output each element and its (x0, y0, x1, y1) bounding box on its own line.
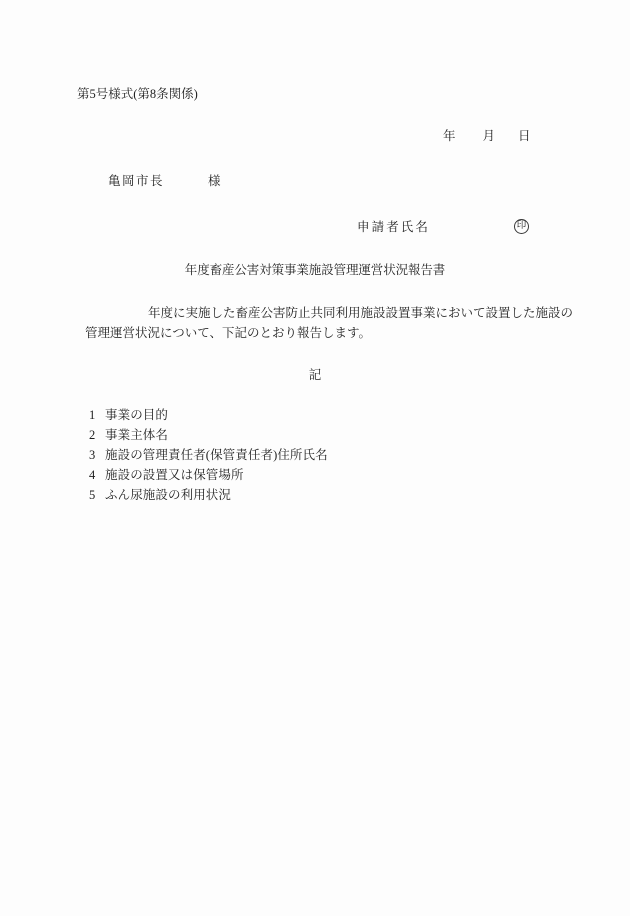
applicant-line: 申請者氏名 印 (357, 220, 529, 234)
item-number: 5 (89, 489, 105, 502)
document-page: 第5号様式(第8条関係) 年 月 日 亀岡市長 様 申請者氏名 印 年度畜産公害… (0, 0, 630, 916)
item-number: 1 (89, 409, 105, 422)
list-item: 5 ふん尿施設の利用状況 (89, 485, 328, 505)
month-label: 月 (483, 130, 496, 143)
item-label: 施設の管理責任者(保管責任者)住所氏名 (105, 449, 328, 462)
item-label: 施設の設置又は保管場所 (105, 469, 244, 482)
item-label: 事業主体名 (105, 429, 168, 442)
day-label: 日 (518, 130, 531, 143)
form-number-label: 第5号様式(第8条関係) (77, 88, 198, 101)
item-label: ふん尿施設の利用状況 (105, 489, 231, 502)
list-item: 2 事業主体名 (89, 425, 328, 445)
addressee-name: 亀岡市長 (108, 175, 164, 188)
item-label: 事業の目的 (105, 409, 168, 422)
list-item: 1 事業の目的 (89, 405, 328, 425)
document-title: 年度畜産公害対策事業施設管理運営状況報告書 (0, 264, 630, 277)
item-number: 4 (89, 469, 105, 482)
list-item: 4 施設の設置又は保管場所 (89, 465, 328, 485)
record-heading: 記 (0, 369, 630, 382)
item-number: 2 (89, 429, 105, 442)
list-item: 3 施設の管理責任者(保管責任者)住所氏名 (89, 445, 328, 465)
addressee-line: 亀岡市長 様 (108, 175, 222, 188)
body-paragraph-line-1: 年度に実施した畜産公害防止共同利用施設設置事業において設置した施設の (148, 307, 573, 320)
year-label: 年 (443, 130, 456, 143)
items-list: 1 事業の目的 2 事業主体名 3 施設の管理責任者(保管責任者)住所氏名 4 … (89, 405, 328, 505)
addressee-honorific: 様 (208, 175, 222, 188)
seal-character: 印 (517, 222, 527, 232)
date-line: 年 月 日 (443, 130, 531, 143)
item-number: 3 (89, 449, 105, 462)
body-paragraph-line-2: 管理運営状況について、下記のとおり報告します。 (85, 327, 371, 340)
seal-icon: 印 (514, 219, 529, 234)
applicant-name-label: 申請者氏名 (357, 221, 430, 234)
